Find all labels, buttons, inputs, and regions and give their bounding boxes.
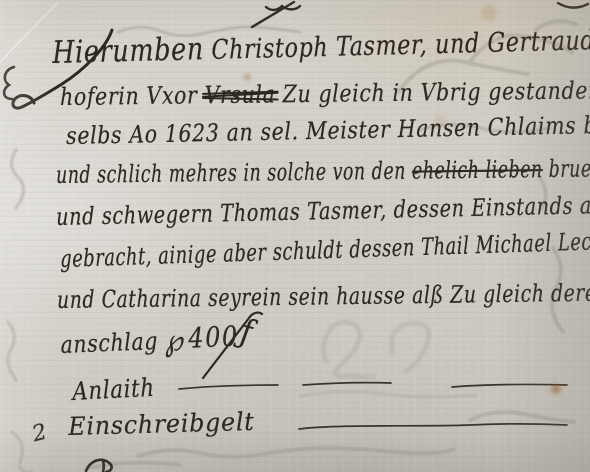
line4-struck-words: ehelich lieben [412,155,543,185]
per-symbol: ℘ [164,325,183,357]
anlait-rule-segment-1 [179,385,278,389]
ledger-row-anlait: Anlaith [72,375,155,405]
amount-value: 400 [188,320,239,355]
margin-number: 2 [30,420,50,446]
line4-struck-text: ehelich lieben [412,155,543,185]
top-right-cut-stroke [558,3,588,8]
left-edge-cut-squiggle [4,67,14,99]
manuscript-line-3: selbs Ao 1623 an sel. Meister Hansen Chl… [66,112,590,149]
anlait-rule-segment-2 [303,383,391,385]
line4-pre: und schlich mehres in solche von den [56,157,412,189]
amount-label: anschlag [60,327,158,359]
bottom-edge-cut-letter [86,460,112,472]
manuscript-line-2: hoferin Vxor Vrsula Zu gleich in Vbrig g… [60,78,590,111]
einschreibgelt-rule [299,424,567,429]
top-edge-cut-fragment [252,2,300,27]
line2-pre: hoferin Vxor [60,81,205,111]
line4-post: bruedern [543,154,590,183]
line2-post: Zu gleich in Vbrig gestanden, und [275,76,590,109]
florin-currency-sign: ƒ [238,314,255,352]
appraisal-amount-line: anschlag℘400ƒ [60,317,252,361]
manuscript-line-5: und schwegern Thomas Tasmer, dessen Eins… [56,192,590,230]
line1-rest: Christoph Tasmer, und Gertraudte Sibm [204,23,590,66]
manuscript-line-6: gebracht, ainige aber schuldt dessen Tha… [60,228,590,272]
manuscript-line-4: und schlich mehres in solche von den ehe… [56,156,590,188]
ledger-row-einschreibgelt: Einschreibgelt [68,409,255,440]
paper-crease [0,2,58,62]
line1-opening-word: Hierumben [52,31,204,71]
manuscript-line-7: und Catharina seyrein sein hausse alß Zu… [57,281,590,314]
line2-scratched-word-wrap: Vrsula [205,82,276,108]
manuscript-line-1: Hierumben Christoph Tasmer, und Gertraud… [52,21,590,70]
anlait-rule-segment-3 [452,384,567,387]
manuscript-photo-page: Hierumben Christoph Tasmer, und Gertraud… [0,0,590,472]
